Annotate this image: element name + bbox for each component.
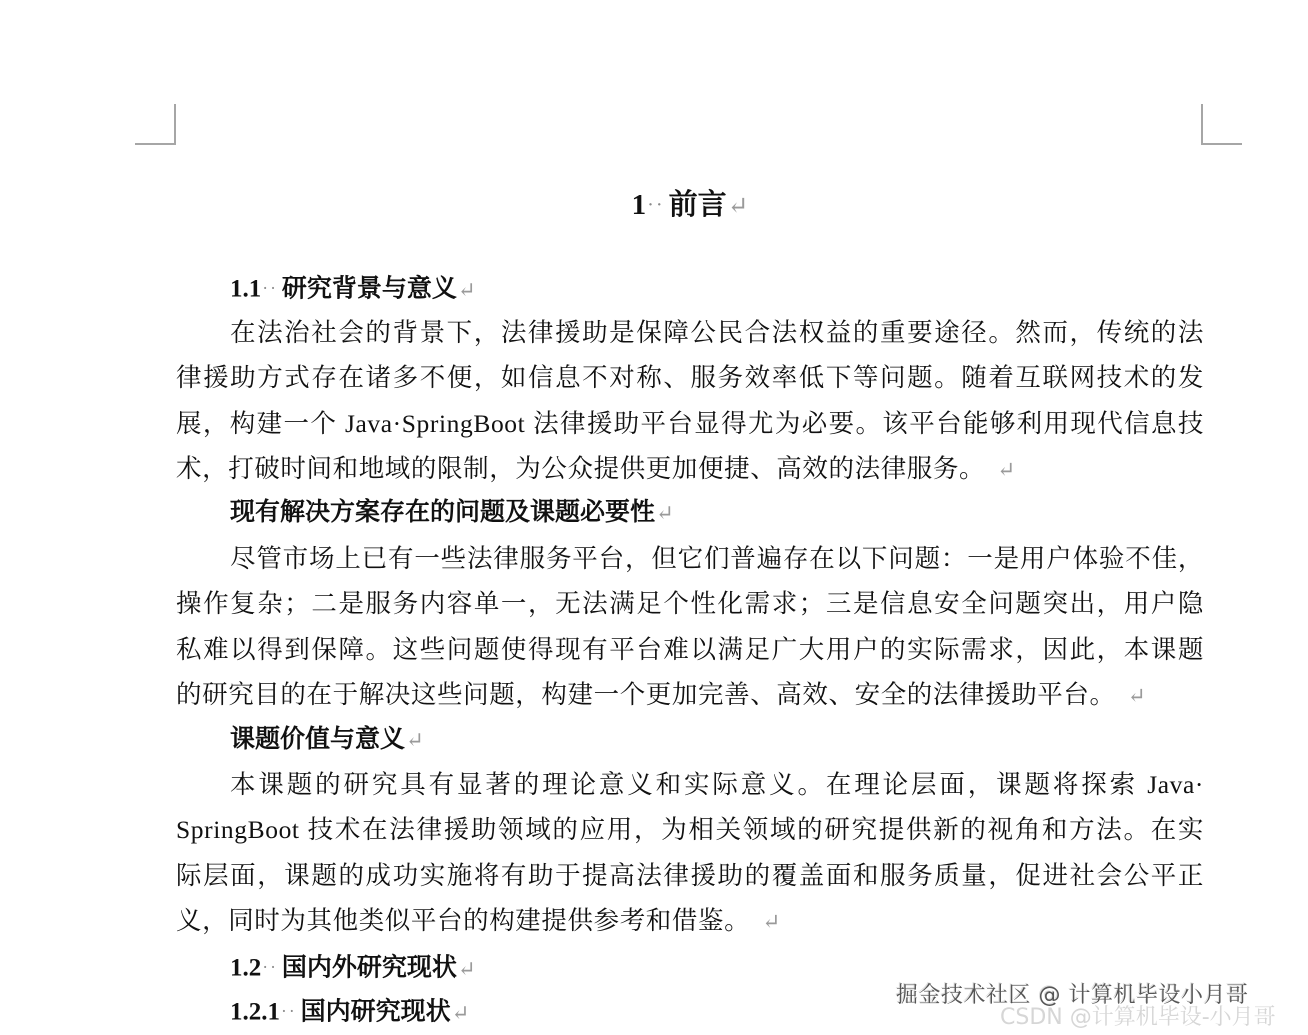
chapter-heading: 1··前言↵ [176, 184, 1204, 228]
section-title: 国内外研究现状 [282, 955, 457, 982]
section-title: 研究背景与意义 [282, 276, 457, 303]
text-line-content: 的研究目的在于解决这些问题，构建一个更加完善、高效、安全的法律援助平台。 [176, 680, 1116, 709]
paragraph-mark-icon: ↵ [458, 278, 476, 302]
section-number: 1.2.1 [230, 999, 280, 1026]
text-line: 在法治社会的背景下，法律援助是保障公民合法权益的重要途径。然而，传统的法 [176, 310, 1204, 355]
tab-dots: ·· [281, 1001, 297, 1021]
text-line: 的研究目的在于解决这些问题，构建一个更加完善、高效、安全的法律援助平台。↵ [176, 672, 1204, 717]
section-number: 1.2 [230, 955, 261, 982]
paragraph-mark-icon: ↵ [728, 193, 749, 220]
paragraph-mark-icon: ↵ [997, 458, 1016, 482]
paragraph-mark-icon: ↵ [762, 910, 781, 934]
paragraph-mark-icon: ↵ [1128, 684, 1147, 708]
section-number: 1.1 [230, 276, 261, 303]
watermark-juejin: 掘金技术社区 @ 计算机毕设小月哥 [896, 978, 1249, 1009]
section-title: 国内研究现状 [301, 999, 451, 1026]
text-line-content: 义，同时为其他类似平台的构建提供参考和借鉴。 [176, 906, 750, 935]
section-heading-1-2-1: 1.2.1··国内研究现状↵ [230, 993, 469, 1031]
chapter-number: 1 [632, 189, 647, 221]
text-line: 尽管市场上已有一些法律服务平台，但它们普遍存在以下问题：一是用户体验不佳， [176, 536, 1204, 581]
text-line: 际层面，课题的成功实施将有助于提高法律援助的覆盖面和服务质量，促进社会公平正 [176, 853, 1204, 898]
paragraph-value: 本课题的研究具有显著的理论意义和实际意义。在理论层面，课题将探索 Java· S… [176, 762, 1204, 943]
text-line: 术，打破时间和地域的限制，为公众提供更加便捷、高效的法律服务。↵ [176, 446, 1204, 491]
text-line: SpringBoot 技术在法律援助领域的应用，为相关领域的研究提供新的视角和方… [176, 807, 1204, 852]
tab-dots: ·· [262, 278, 278, 298]
text-line: 展，构建一个 Java·SpringBoot 法律援助平台显得尤为必要。该平台能… [176, 401, 1204, 446]
subheading-value: 课题价值与意义↵ [230, 722, 424, 758]
text-line: 操作复杂；二是服务内容单一，无法满足个性化需求；三是信息安全问题突出，用户隐 [176, 581, 1204, 626]
paragraph-mark-icon: ↵ [458, 957, 476, 981]
paragraph-background: 在法治社会的背景下，法律援助是保障公民合法权益的重要途径。然而，传统的法 律援助… [176, 310, 1204, 491]
tab-dots: ·· [647, 194, 665, 216]
paragraph-mark-icon: ↵ [656, 501, 674, 525]
section-heading-1-1: 1.1··研究背景与意义↵ [230, 270, 476, 308]
paragraph-problems: 尽管市场上已有一些法律服务平台，但它们普遍存在以下问题：一是用户体验不佳， 操作… [176, 536, 1204, 717]
section-heading-1-2: 1.2··国内外研究现状↵ [230, 949, 476, 987]
text-line: 义，同时为其他类似平台的构建提供参考和借鉴。↵ [176, 898, 1204, 943]
paragraph-mark-icon: ↵ [452, 1001, 470, 1025]
top-right-margin-marker [1201, 104, 1242, 145]
text-line: 本课题的研究具有显著的理论意义和实际意义。在理论层面，课题将探索 Java· [176, 762, 1204, 807]
subheading-problems: 现有解决方案存在的问题及课题必要性↵ [230, 495, 674, 531]
subheading-text: 现有解决方案存在的问题及课题必要性 [230, 499, 655, 526]
top-left-margin-marker [135, 104, 176, 145]
tab-dots: ·· [262, 957, 278, 977]
text-line: 私难以得到保障。这些问题使得现有平台难以满足广大用户的实际需求，因此，本课题 [176, 627, 1204, 672]
text-line: 律援助方式存在诸多不便，如信息不对称、服务效率低下等问题。随着互联网技术的发 [176, 355, 1204, 400]
paragraph-mark-icon: ↵ [406, 728, 424, 752]
text-line-content: 术，打破时间和地域的限制，为公众提供更加便捷、高效的法律服务。 [176, 454, 985, 483]
chapter-title: 前言 [669, 189, 727, 221]
subheading-text: 课题价值与意义 [230, 726, 405, 753]
